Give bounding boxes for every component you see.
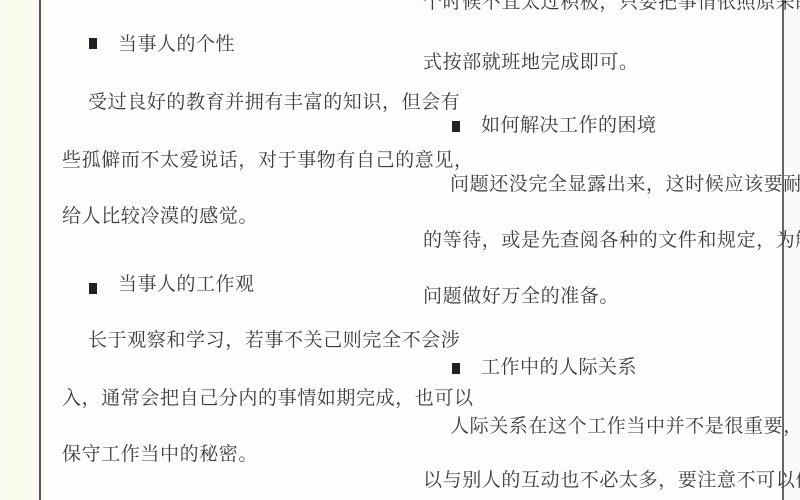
paragraph-line: 受过良好的教育并拥有丰富的知识，但会有 (88, 90, 460, 114)
paragraph-line: 式按部就班地完成即可。 (423, 50, 639, 74)
paragraph-line: 个时候不宜太过积极，只要把事情依照原来的方 (423, 0, 800, 14)
paragraph-line: 问题做好万全的准备。 (423, 284, 619, 308)
paragraph-line: 以与别人的互动也不必太多，要注意不可以任意 (423, 468, 800, 492)
paragraph-line: 保守工作当中的秘密。 (62, 442, 258, 466)
paragraph-line: 些孤僻而不太爱说话，对于事物有自己的意见， (62, 148, 474, 172)
paragraph-line: 人际关系在这个工作当中并不是很重要，所 (450, 414, 800, 438)
bullet-square-icon (452, 121, 460, 132)
section-heading: 如何解决工作的困境 (481, 113, 657, 137)
bullet-square-icon (452, 363, 460, 374)
paragraph-line: 问题还没完全显露出来，这时候应该要耐心 (450, 172, 800, 196)
bullet-square-icon (89, 283, 97, 294)
paragraph-line-cut-off: 个时候不宜太过积极，只要把事情依照原来的方 (423, 0, 800, 14)
paragraph-line: 给人比较冷漠的感觉。 (62, 204, 258, 228)
paragraph-line: 入，通常会把自己分内的事情如期完成，也可以 (62, 386, 474, 410)
paragraph-line: 长于观察和学习，若事不关己则完全不会涉 (88, 328, 460, 352)
paragraph-line: 的等待，或是先查阅各种的文件和规定，为解决 (423, 228, 800, 252)
section-heading: 工作中的人际关系 (481, 355, 637, 379)
bullet-square-icon (89, 38, 97, 49)
section-heading: 当事人的工作观 (118, 272, 255, 296)
page-border-left (39, 0, 41, 500)
page-margin-left (0, 0, 40, 500)
section-heading: 当事人的个性 (118, 32, 235, 56)
